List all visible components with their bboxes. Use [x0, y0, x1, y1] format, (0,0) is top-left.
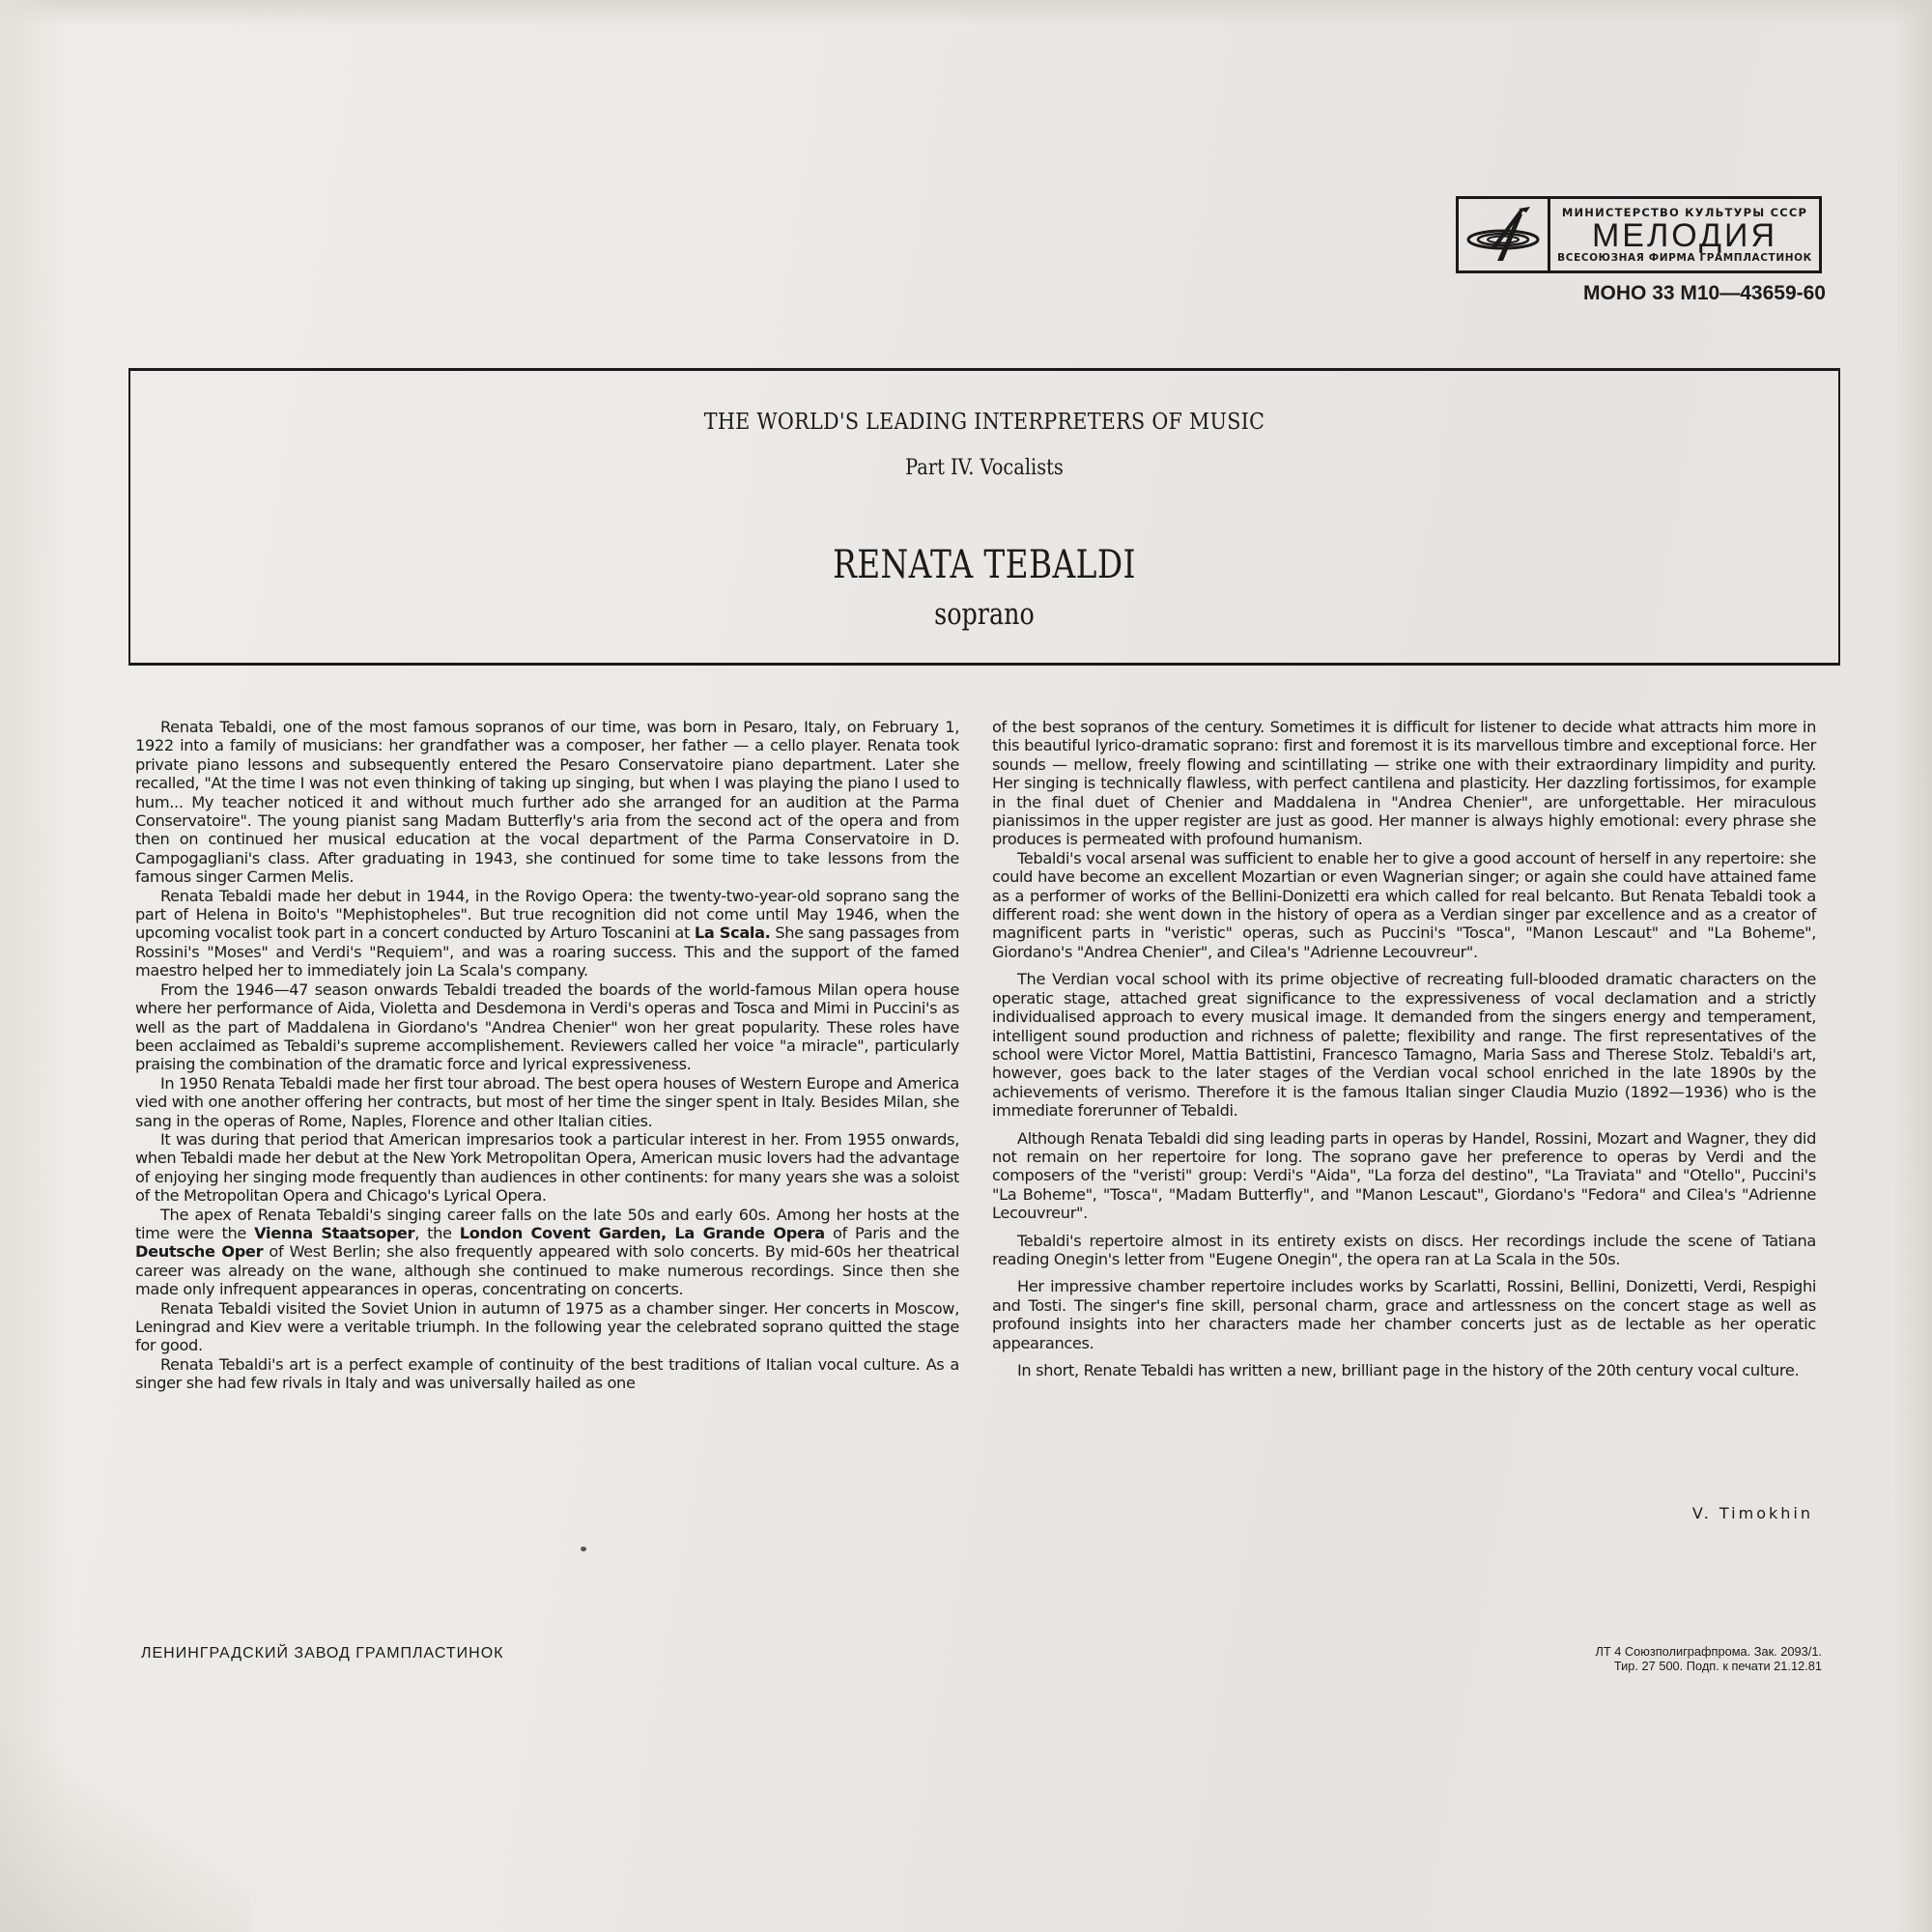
voice-type: soprano	[284, 597, 1685, 632]
firm-label: ВСЕСОЮЗНАЯ ФИРМА ГРАМПЛАСТИНОК	[1557, 252, 1812, 264]
article-paragraph: From the 1946—47 season onwards Tebaldi …	[135, 980, 959, 1074]
article-paragraph: Tebaldi's vocal arsenal was sufficient t…	[992, 849, 1816, 961]
article-paragraph: of the best sopranos of the century. Som…	[992, 718, 1816, 849]
article-paragraph: Her impressive chamber repertoire includ…	[992, 1277, 1816, 1352]
melodiya-emblem-icon	[1459, 199, 1550, 270]
series-part: Part IV. Vocalists	[233, 456, 1736, 480]
article-column-left: Renata Tebaldi, one of the most famous s…	[135, 718, 959, 1393]
article-column-right: of the best sopranos of the century. Som…	[992, 718, 1816, 1379]
sleeve-fold-left	[0, 0, 68, 1932]
article-paragraph: In short, Renate Tebaldi has written a n…	[992, 1361, 1816, 1379]
sleeve-fold-right	[1893, 0, 1932, 1932]
article-paragraph: Renata Tebaldi, one of the most famous s…	[135, 718, 959, 887]
series-title: THE WORLD'S LEADING INTERPRETERS OF MUSI…	[215, 410, 1752, 435]
article-paragraph: The Verdian vocal school with its prime …	[992, 970, 1816, 1120]
record-sleeve-back: МИНИСТЕРСТВО КУЛЬТУРЫ СССР МЕЛОДИЯ ВСЕСО…	[0, 0, 1932, 1932]
sleeve-corner-shadow	[0, 1729, 251, 1932]
sleeve-fold-top	[0, 0, 1932, 27]
artist-name: RENATA TEBALDI	[284, 543, 1685, 587]
print-info-line: Тир. 27 500. Подп. к печати 21.12.81	[1507, 1659, 1822, 1673]
title-box: THE WORLD'S LEADING INTERPRETERS OF MUSI…	[128, 368, 1840, 666]
article-paragraph: Tebaldi's repertoire almost in its entir…	[992, 1232, 1816, 1269]
article-paragraph: It was during that period that American …	[135, 1130, 959, 1206]
print-speck	[581, 1547, 586, 1551]
article-paragraph: Renata Tebaldi visited the Soviet Union …	[135, 1299, 959, 1355]
melodiya-logo: МИНИСТЕРСТВО КУЛЬТУРЫ СССР МЕЛОДИЯ ВСЕСО…	[1456, 196, 1822, 273]
article-paragraph: Renata Tebaldi's art is a perfect exampl…	[135, 1355, 959, 1393]
brand-name: МЕЛОДИЯ	[1592, 219, 1777, 252]
author-signature: V. Timokhin	[1546, 1504, 1813, 1522]
article-paragraph: Renata Tebaldi made her debut in 1944, i…	[135, 887, 959, 980]
logo-text-block: МИНИСТЕРСТВО КУЛЬТУРЫ СССР МЕЛОДИЯ ВСЕСО…	[1550, 199, 1819, 270]
catalog-number: МОНО 33 М10—43659-60	[1526, 282, 1826, 305]
article-paragraph: Although Renata Tebaldi did sing leading…	[992, 1129, 1816, 1223]
print-info: ЛТ 4 Союзполиграфпрома. Зак. 2093/1. Тир…	[1507, 1644, 1822, 1673]
article-paragraph: The apex of Renata Tebaldi's singing car…	[135, 1206, 959, 1299]
print-info-line: ЛТ 4 Союзполиграфпрома. Зак. 2093/1.	[1507, 1644, 1822, 1659]
article-paragraph: In 1950 Renata Tebaldi made her first to…	[135, 1074, 959, 1130]
plant-name: ЛЕНИНГРАДСКИЙ ЗАВОД ГРАМПЛАСТИНОК	[141, 1645, 503, 1662]
